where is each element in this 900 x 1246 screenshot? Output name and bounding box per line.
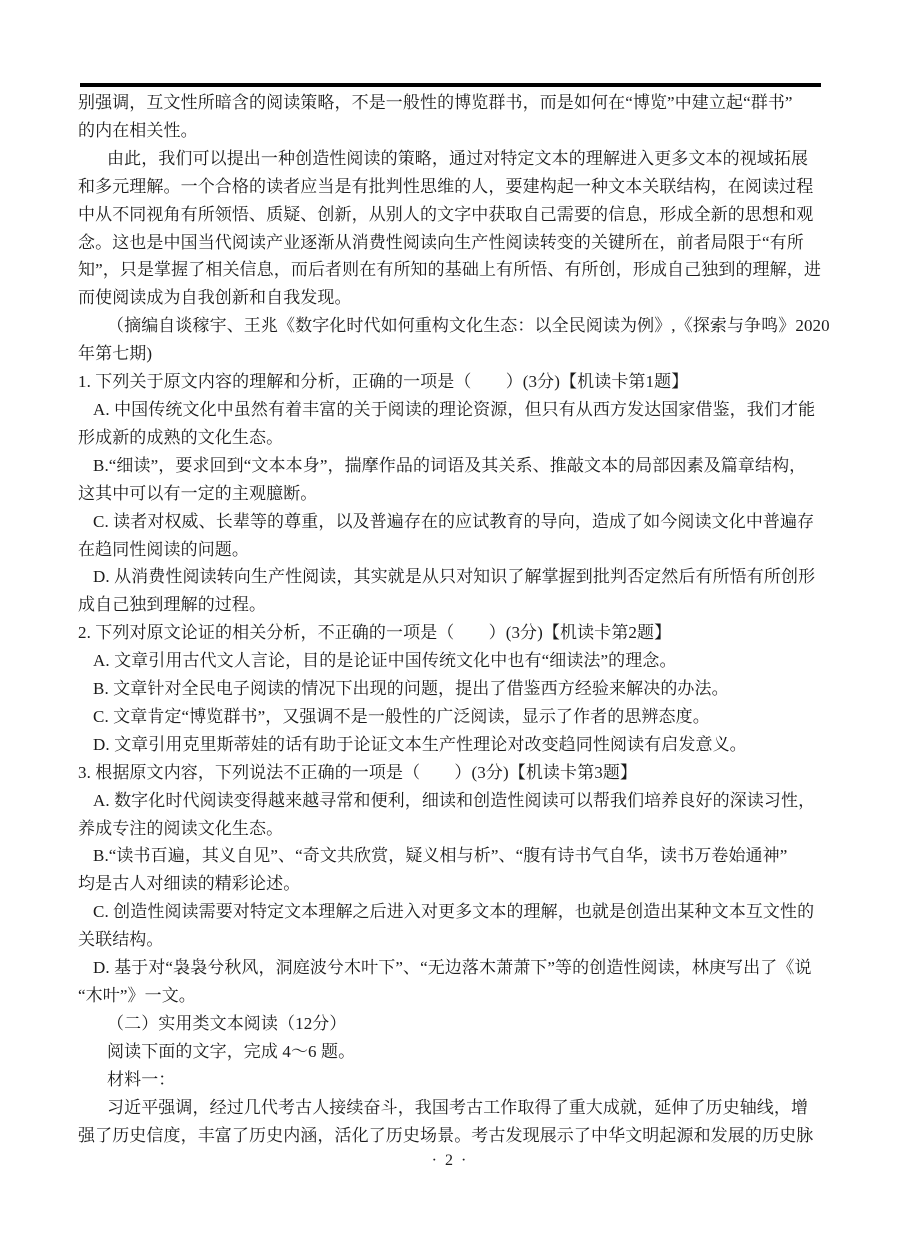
text-line: 这其中可以有一定的主观臆断。: [78, 480, 826, 508]
header-divider: [80, 83, 821, 87]
exam-paper-page: 别强调，互文性所暗含的阅读策略，不是一般性的博览群书，而是如何在“博览”中建立起…: [0, 0, 900, 1246]
text-line: 习近平强调，经过几代考古人接续奋斗，我国考古工作取得了重大成就，延伸了历史轴线，…: [78, 1094, 826, 1122]
text-line: 材料一：: [78, 1066, 826, 1094]
text-line: D. 基于对“袅袅兮秋风，洞庭波兮木叶下”、“无边落木萧萧下”等的创造性阅读，林…: [78, 954, 826, 982]
text-line: 念。这也是中国当代阅读产业逐渐从消费性阅读向生产性阅读转变的关键所在，前者局限于…: [78, 229, 826, 257]
text-line: D. 从消费性阅读转向生产性阅读，其实就是从只对知识了解掌握到批判否定然后有所悟…: [78, 563, 826, 591]
text-line: D. 文章引用克里斯蒂娃的话有助于论证文本生产性理论对改变趋同性阅读有启发意义。: [78, 731, 826, 759]
text-line: 的内在相关性。: [78, 117, 826, 145]
text-line: （摘编自谈稼宇、王兆《数字化时代如何重构文化生态：以全民阅读为例》,《探索与争鸣…: [78, 312, 826, 340]
text-line: 关联结构。: [78, 926, 826, 954]
text-line: 养成专注的阅读文化生态。: [78, 815, 826, 843]
text-line: 中从不同视角有所领悟、质疑、创新，从别人的文字中获取自己需要的信息，形成全新的思…: [78, 201, 826, 229]
text-line: 别强调，互文性所暗含的阅读策略，不是一般性的博览群书，而是如何在“博览”中建立起…: [78, 89, 826, 117]
text-line: A. 中国传统文化中虽然有着丰富的关于阅读的理论资源，但只有从西方发达国家借鉴，…: [78, 396, 826, 424]
text-line: 阅读下面的文字，完成 4～6 题。: [78, 1038, 826, 1066]
page-number: · 2 ·: [0, 1152, 900, 1170]
text-line: B.“细读”，要求回到“文本本身”，揣摩作品的词语及其关系、推敲文本的局部因素及…: [78, 452, 826, 480]
text-line: 知”，只是掌握了相关信息，而后者则在有所知的基础上有所悟、有所创，形成自己独到的…: [78, 256, 826, 284]
document-body: 别强调，互文性所暗含的阅读策略，不是一般性的博览群书，而是如何在“博览”中建立起…: [78, 89, 826, 1149]
text-line: 成自己独到理解的过程。: [78, 591, 826, 619]
text-line: C. 读者对权威、长辈等的尊重，以及普遍存在的应试教育的导向，造成了如今阅读文化…: [78, 508, 826, 536]
text-line: 而使阅读成为自我创新和自我发现。: [78, 284, 826, 312]
text-line: 均是古人对细读的精彩论述。: [78, 870, 826, 898]
text-line: （二）实用类文本阅读（12分）: [78, 1010, 826, 1038]
text-line: A. 文章引用古代文人言论，目的是论证中国传统文化中也有“细读法”的理念。: [78, 647, 826, 675]
text-line: “木叶”》一文。: [78, 982, 826, 1010]
text-line: 1. 下列关于原文内容的理解和分析，正确的一项是（ ）(3分)【机读卡第1题】: [78, 368, 826, 396]
text-line: 由此，我们可以提出一种创造性阅读的策略，通过对特定文本的理解进入更多文本的视域拓…: [78, 145, 826, 173]
text-line: B.“读书百遍，其义自见”、“奇文共欣赏，疑义相与析”、“腹有诗书气自华，读书万…: [78, 842, 826, 870]
text-line: 形成新的成熟的文化生态。: [78, 424, 826, 452]
text-line: 年第七期): [78, 340, 826, 368]
text-line: C. 创造性阅读需要对特定文本理解之后进入对更多文本的理解，也就是创造出某种文本…: [78, 898, 826, 926]
text-line: C. 文章肯定“博览群书”，又强调不是一般性的广泛阅读，显示了作者的思辨态度。: [78, 703, 826, 731]
text-line: 3. 根据原文内容，下列说法不正确的一项是（ ）(3分)【机读卡第3题】: [78, 759, 826, 787]
text-line: A. 数字化时代阅读变得越来越寻常和便利，细读和创造性阅读可以帮我们培养良好的深…: [78, 787, 826, 815]
text-line: 2. 下列对原文论证的相关分析，不正确的一项是（ ）(3分)【机读卡第2题】: [78, 619, 826, 647]
text-line: B. 文章针对全民电子阅读的情况下出现的问题，提出了借鉴西方经验来解决的办法。: [78, 675, 826, 703]
text-line: 在趋同性阅读的问题。: [78, 536, 826, 564]
text-line: 和多元理解。一个合格的读者应当是有批判性思维的人，要建构起一种文本关联结构，在阅…: [78, 173, 826, 201]
text-line: 强了历史信度，丰富了历史内涵，活化了历史场景。考古发现展示了中华文明起源和发展的…: [78, 1122, 826, 1150]
